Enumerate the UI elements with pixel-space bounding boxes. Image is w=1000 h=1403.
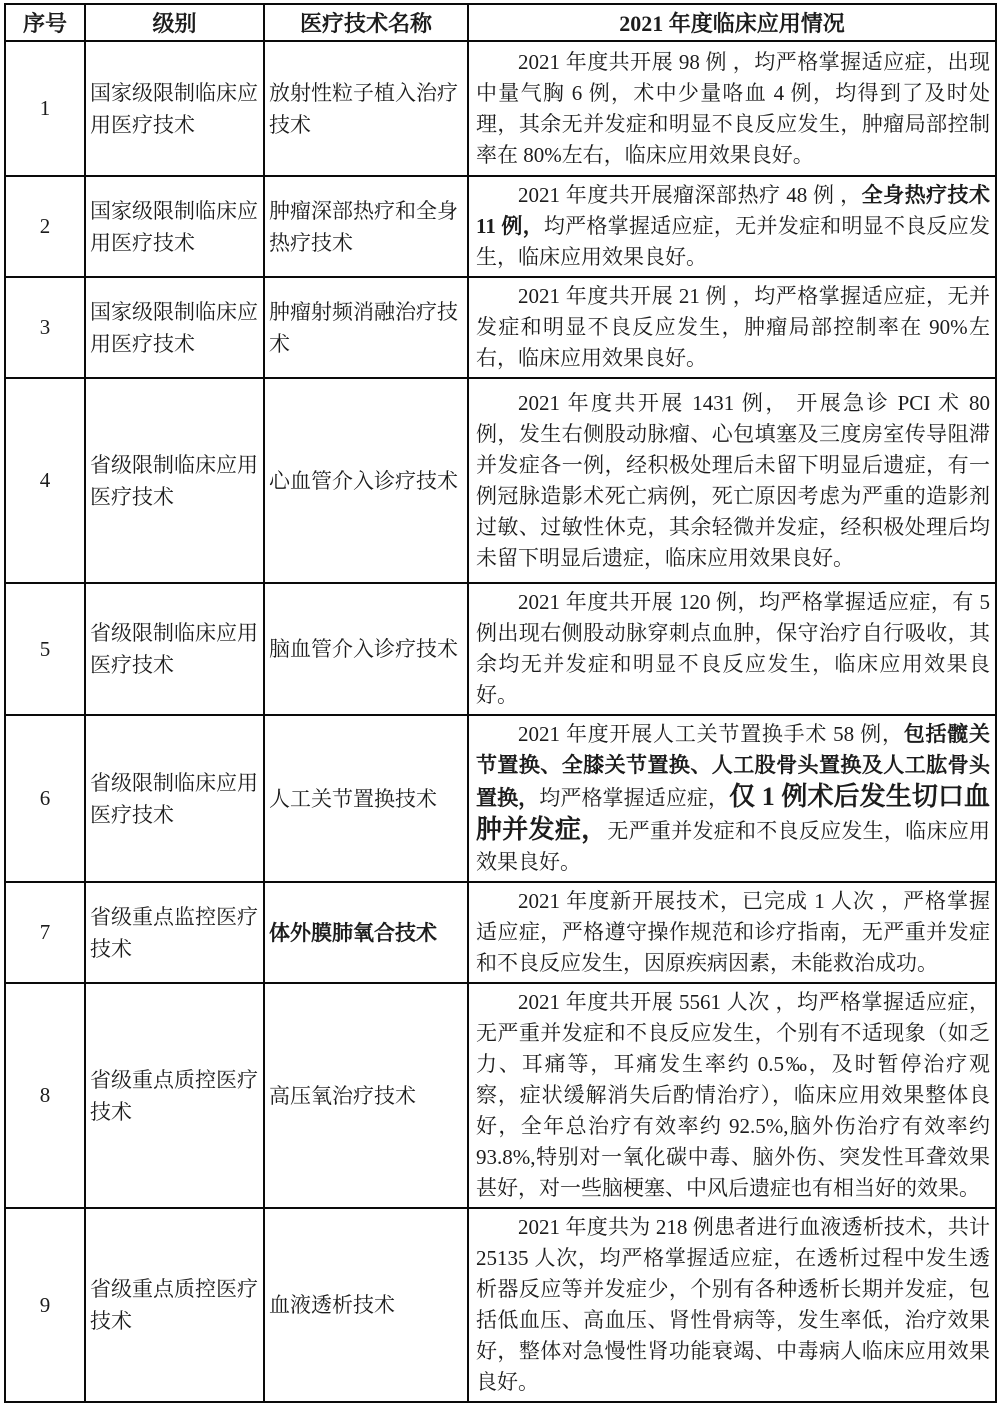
row-1-tech: 放射性粒子植入治疗技术 xyxy=(264,41,468,176)
row-1-status: 2021 年度共开展 98 例 ，均严格掌握适应症，出现中量气胸 6 例，术中少… xyxy=(468,41,996,176)
desc-segment: 2021 年度共开展 120 例，均严格掌握适应症，有 5 例出现右侧股动脉穿刺… xyxy=(476,590,990,707)
clinical-application-table: 序号 级别 医疗技术名称 2021 年度临床应用情况 1 国家级限制临床应用医疗… xyxy=(4,3,997,1403)
desc-segment: 2021 年度共开展 21 例 ，均严格掌握适应症，无并发症和明显不良反应发生，… xyxy=(476,284,990,370)
row-9-tech: 血液透析技术 xyxy=(264,1208,468,1402)
row-2-level: 国家级限制临床应用医疗技术 xyxy=(85,176,264,277)
desc-segment: 均严格掌握适应症，无并发症和明显不良反应发生，临床应用效果良好。 xyxy=(476,214,990,269)
row-1-number: 1 xyxy=(5,41,85,176)
row-9-status: 2021 年度共为 218 例患者进行血液透析技术，共计 25135 人次，均严… xyxy=(468,1208,996,1402)
desc-segment: 2021 年度共开展瘤深部热疗 48 例 ， xyxy=(518,183,862,207)
row-2-status: 2021 年度共开展瘤深部热疗 48 例 ，全身热疗技术 11 例，均严格掌握适… xyxy=(468,176,996,277)
row-6-tech: 人工关节置换技术 xyxy=(264,715,468,882)
desc-segment: 2021 年度共为 218 例患者进行血液透析技术，共计 25135 人次，均严… xyxy=(476,1215,990,1394)
desc-segment: 2021 年度共开展 98 例 ，均严格掌握适应症，出现中量气胸 6 例，术中少… xyxy=(476,50,990,167)
row-7-level: 省级重点监控医疗技术 xyxy=(85,882,264,983)
row-8-tech: 高压氧治疗技术 xyxy=(264,983,468,1208)
table-row: 4 省级限制临床应用医疗技术 心血管介入诊疗技术 2021 年度共开展 1431… xyxy=(5,378,996,583)
row-7-status: 2021 年度新开展技术，已完成 1 人次 ，严格掌握适应症，严格遵守操作规范和… xyxy=(468,882,996,983)
header-serial-number: 序号 xyxy=(5,4,85,41)
table-row: 5 省级限制临床应用医疗技术 脑血管介入诊疗技术 2021 年度共开展 120 … xyxy=(5,583,996,715)
table-header-row: 序号 级别 医疗技术名称 2021 年度临床应用情况 xyxy=(5,4,996,41)
document-page: 序号 级别 医疗技术名称 2021 年度临床应用情况 1 国家级限制临床应用医疗… xyxy=(0,0,1000,1318)
row-7-tech: 体外膜肺氧合技术 xyxy=(264,882,468,983)
row-3-status: 2021 年度共开展 21 例 ，均严格掌握适应症，无并发症和明显不良反应发生，… xyxy=(468,277,996,378)
table-row: 3 国家级限制临床应用医疗技术 肿瘤射频消融治疗技术 2021 年度共开展 21… xyxy=(5,277,996,378)
row-8-status: 2021 年度共开展 5561 人次 ，均严格掌握适应症，无严重并发症和不良反应… xyxy=(468,983,996,1208)
table-row: 2 国家级限制临床应用医疗技术 肿瘤深部热疗和全身热疗技术 2021 年度共开展… xyxy=(5,176,996,277)
row-4-tech: 心血管介入诊疗技术 xyxy=(264,378,468,583)
header-2021-status: 2021 年度临床应用情况 xyxy=(468,4,996,41)
row-5-number: 5 xyxy=(5,583,85,715)
row-9-level: 省级重点质控医疗技术 xyxy=(85,1208,264,1402)
row-6-number: 6 xyxy=(5,715,85,882)
row-5-tech: 脑血管介入诊疗技术 xyxy=(264,583,468,715)
row-3-number: 3 xyxy=(5,277,85,378)
row-5-status: 2021 年度共开展 120 例，均严格掌握适应症，有 5 例出现右侧股动脉穿刺… xyxy=(468,583,996,715)
row-6-status: 2021 年度开展人工关节置换手术 58 例，包括髋关节置换、全膝关节置换、人工… xyxy=(468,715,996,882)
desc-segment: 2021 年度新开展技术，已完成 1 人次 ，严格掌握适应症，严格遵守操作规范和… xyxy=(476,889,990,975)
table-row: 6 省级限制临床应用医疗技术 人工关节置换技术 2021 年度开展人工关节置换手… xyxy=(5,715,996,882)
row-7-number: 7 xyxy=(5,882,85,983)
desc-segment: 2021 年度开展人工关节置换手术 58 例， xyxy=(518,722,904,746)
row-2-number: 2 xyxy=(5,176,85,277)
row-1-level: 国家级限制临床应用医疗技术 xyxy=(85,41,264,176)
header-tech-name: 医疗技术名称 xyxy=(264,4,468,41)
table-row: 1 国家级限制临床应用医疗技术 放射性粒子植入治疗技术 2021 年度共开展 9… xyxy=(5,41,996,176)
row-8-number: 8 xyxy=(5,983,85,1208)
table-row: 7 省级重点监控医疗技术 体外膜肺氧合技术 2021 年度新开展技术，已完成 1… xyxy=(5,882,996,983)
table-row: 8 省级重点质控医疗技术 高压氧治疗技术 2021 年度共开展 5561 人次 … xyxy=(5,983,996,1208)
desc-segment: 2021 年度共开展 1431 例， 开展急诊 PCI 术 80 例，发生右侧股… xyxy=(476,391,990,570)
row-3-tech: 肿瘤射频消融治疗技术 xyxy=(264,277,468,378)
row-4-number: 4 xyxy=(5,378,85,583)
row-6-level: 省级限制临床应用医疗技术 xyxy=(85,715,264,882)
row-8-level: 省级重点质控医疗技术 xyxy=(85,983,264,1208)
row-9-number: 9 xyxy=(5,1208,85,1402)
row-3-level: 国家级限制临床应用医疗技术 xyxy=(85,277,264,378)
desc-segment: 2021 年度共开展 5561 人次 ，均严格掌握适应症，无严重并发症和不良反应… xyxy=(476,990,990,1200)
row-5-level: 省级限制临床应用医疗技术 xyxy=(85,583,264,715)
row-2-tech: 肿瘤深部热疗和全身热疗技术 xyxy=(264,176,468,277)
header-level: 级别 xyxy=(85,4,264,41)
table-row: 9 省级重点质控医疗技术 血液透析技术 2021 年度共为 218 例患者进行血… xyxy=(5,1208,996,1402)
desc-segment: 均严格掌握适应症， xyxy=(539,786,729,810)
row-4-status: 2021 年度共开展 1431 例， 开展急诊 PCI 术 80 例，发生右侧股… xyxy=(468,378,996,583)
row-4-level: 省级限制临床应用医疗技术 xyxy=(85,378,264,583)
